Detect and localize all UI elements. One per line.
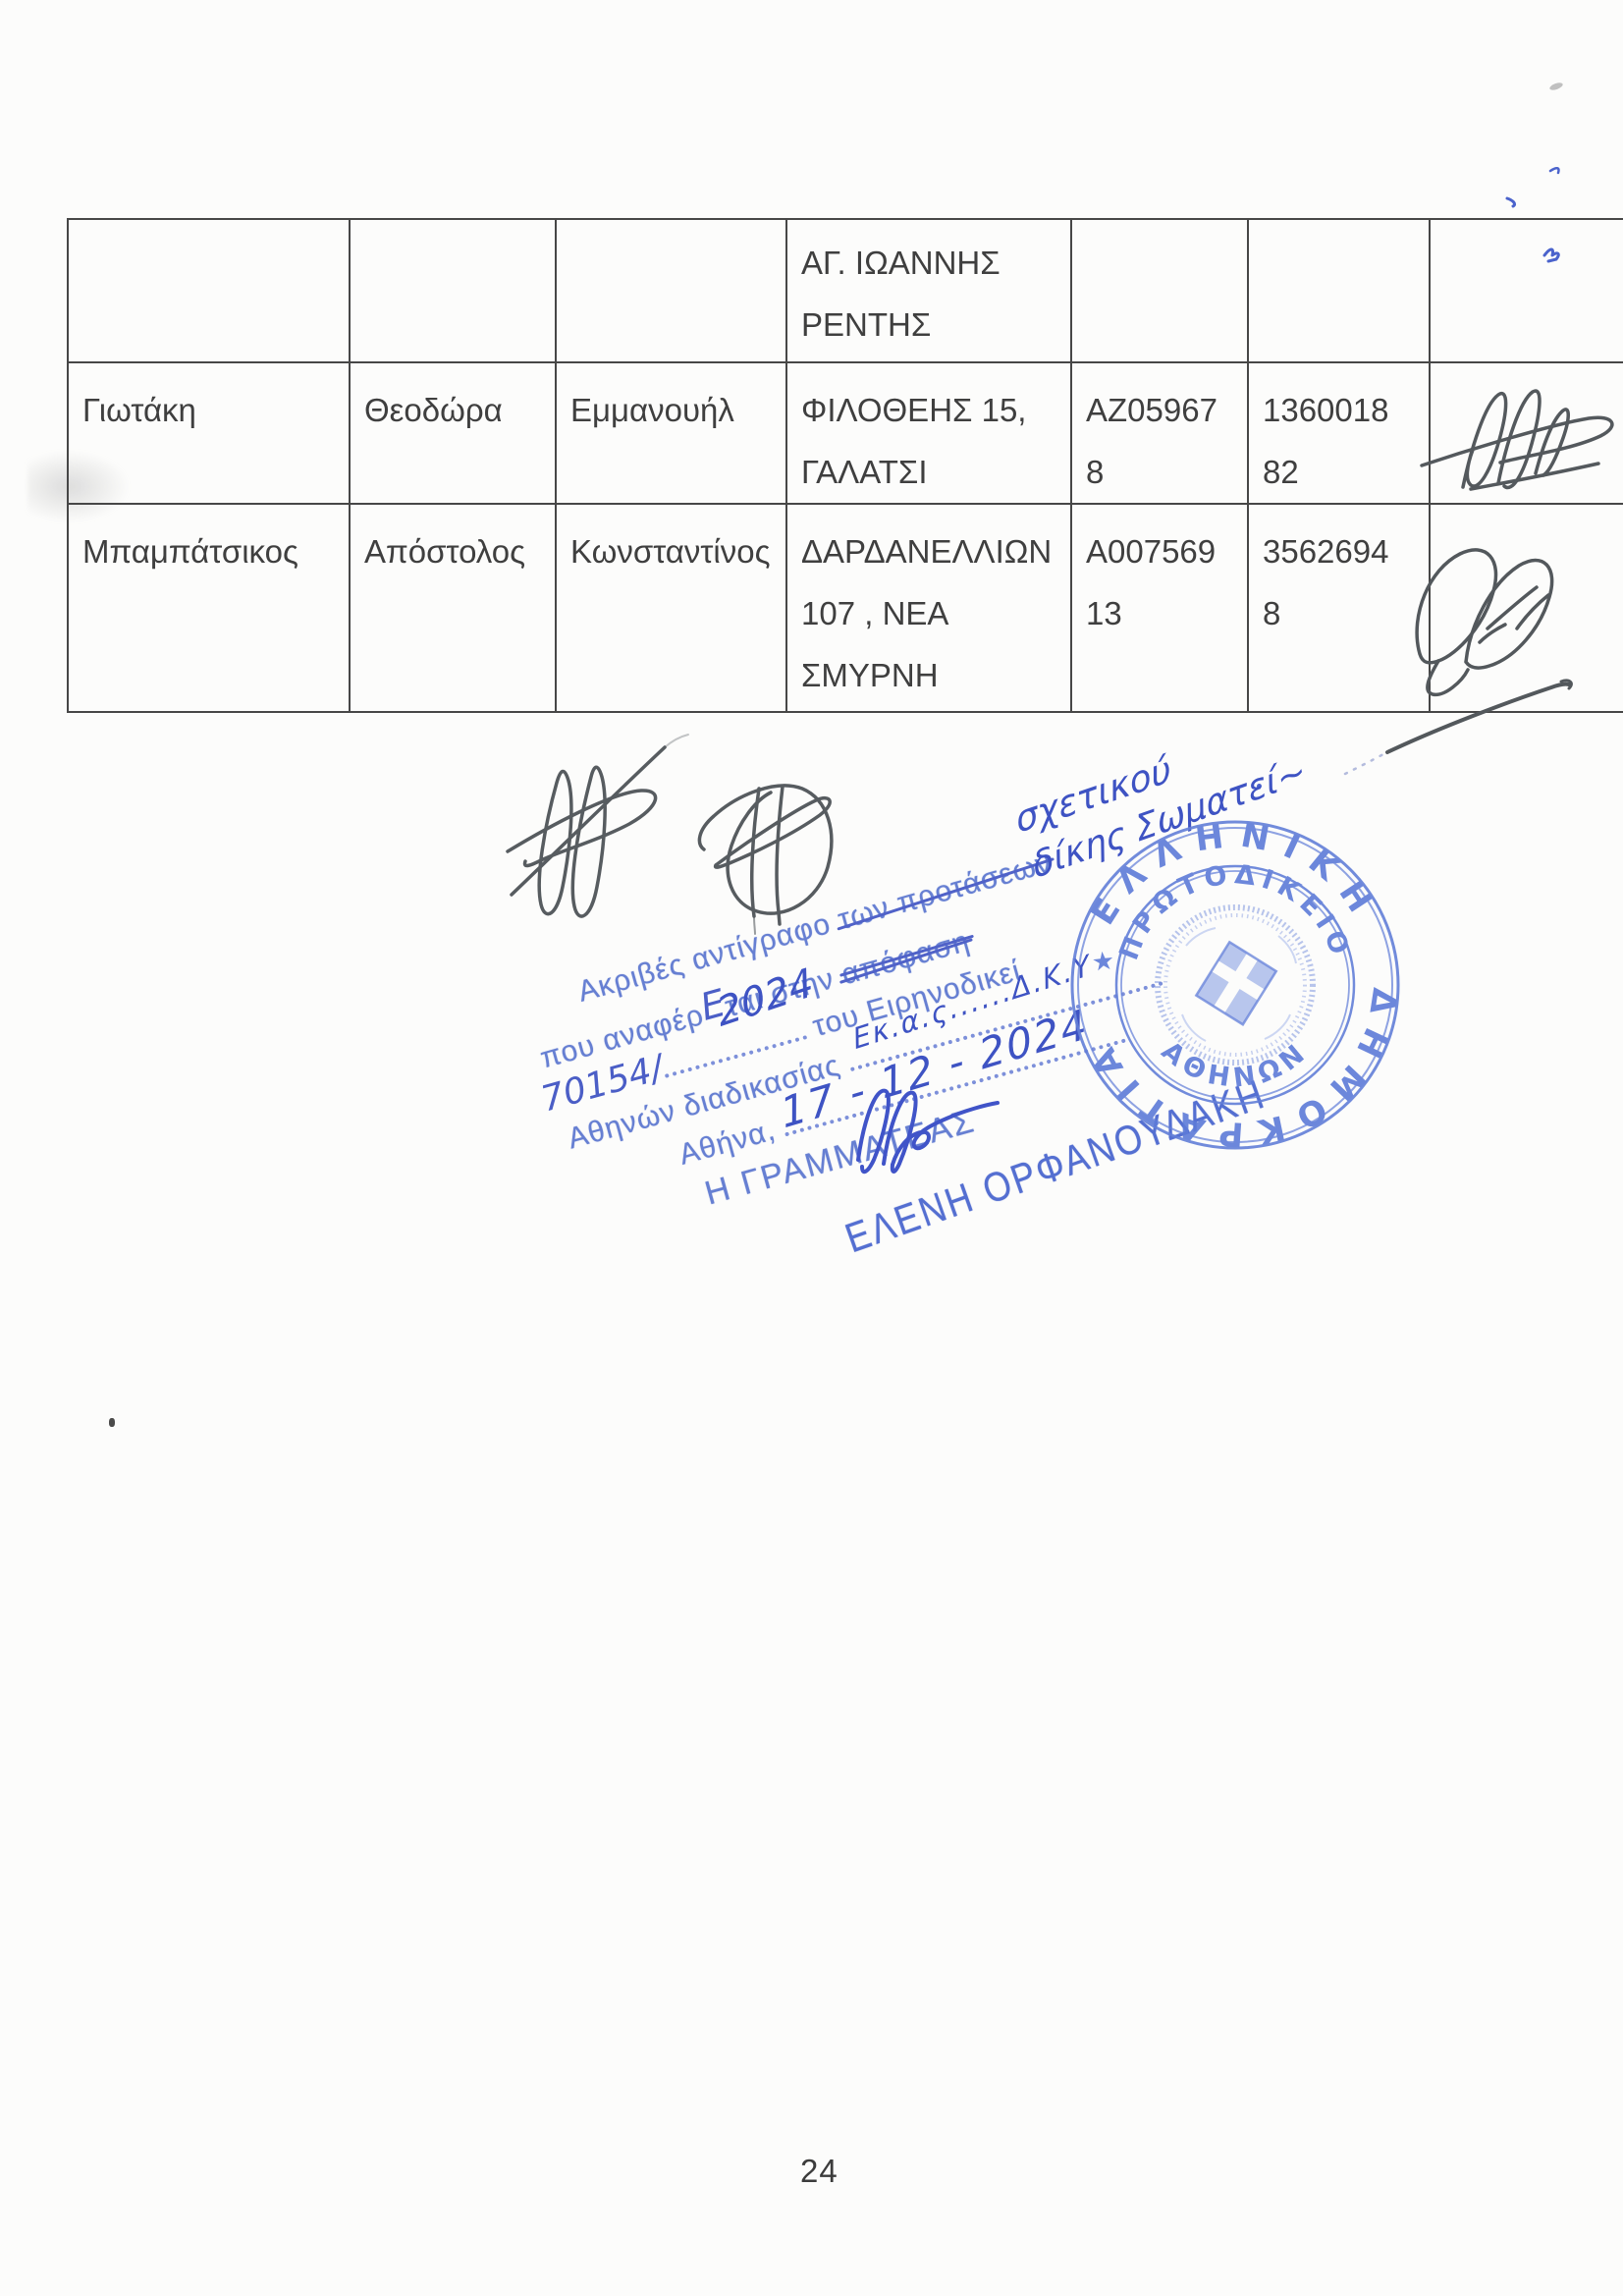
table-cell-fathername: Εμμανουήλ — [557, 363, 787, 505]
table-cell-firstname: Θεοδώρα — [351, 363, 557, 505]
table-cell-signature — [1431, 220, 1623, 363]
table-cell-surname: Μπαμπάτσικος — [69, 505, 351, 711]
cell-text: ΦΙΛΟΘΕΗΣ 15, — [801, 379, 1062, 441]
table-cell — [557, 220, 787, 363]
table-cell — [1072, 220, 1249, 363]
cell-text: 8 — [1263, 582, 1421, 644]
pen-mark-blue — [1499, 161, 1578, 289]
table-cell — [1249, 220, 1431, 363]
table-cell-address: ΑΓ. ΙΩΑΝΝΗΣ ΡΕΝΤΗΣ — [787, 220, 1072, 363]
table-cell — [69, 220, 351, 363]
cell-text: Θεοδώρα — [364, 379, 547, 441]
table-cell-tax-number: 1360018 82 — [1249, 363, 1431, 505]
table-cell-signature — [1431, 505, 1623, 711]
signature-left-diagonal — [512, 747, 665, 895]
table-cell-address: ΔΑΡΔΑΝΕΛΛΙΩΝ 107 , ΝΕΑ ΣΜΥΡΝΗ — [787, 505, 1072, 711]
cell-text: Γιωτάκη — [82, 379, 341, 441]
signature-row2 — [1416, 371, 1623, 509]
table-cell — [351, 220, 557, 363]
cell-text: Εμμανουήλ — [570, 379, 778, 441]
table-cell-address: ΦΙΛΟΘΕΗΣ 15, ΓΑΛΑΤΣΙ — [787, 363, 1072, 505]
cell-text: 8 — [1086, 441, 1239, 503]
table-cell-signature — [1431, 363, 1623, 505]
page-number: 24 — [800, 2153, 839, 2190]
scan-speck — [1548, 82, 1563, 91]
cell-text: 1360018 — [1263, 379, 1421, 441]
cell-text: ΓΑΛΑΤΣΙ — [801, 441, 1062, 503]
cell-text: Απόστολος — [364, 520, 547, 582]
signature-right-oval — [699, 786, 831, 913]
cell-text: ΣΜΥΡΝΗ — [801, 644, 1062, 706]
table-cell-firstname: Απόστολος — [351, 505, 557, 711]
cell-text: ΔΑΡΔΑΝΕΛΛΙΩΝ — [801, 520, 1062, 582]
table-cell-fathername: Κωνσταντίνος — [557, 505, 787, 711]
table-cell-surname: Γιωτάκη — [69, 363, 351, 505]
table-cell-tax-number: 3562694 8 — [1249, 505, 1431, 711]
cell-text: 3562694 — [1263, 520, 1421, 582]
cell-text: ΡΕΝΤΗΣ — [801, 294, 1062, 355]
cell-text: Α007569 — [1086, 520, 1239, 582]
scanned-document-page: ΑΓ. ΙΩΑΝΝΗΣ ΡΕΝΤΗΣ Γιωτάκη Θεοδώρα Εμμαν… — [0, 0, 1623, 2296]
cell-text: 82 — [1263, 441, 1421, 503]
court-seal: ΕΛΛΗΝΙΚΗ ΔΗΜΟΚΡΑΤΙΑ ΠΡΩΤΟΔΙΚΕΙΟ ΑΘΗΝΩΝ ★ — [1068, 818, 1402, 1152]
cell-text: Μπαμπάτσικος — [82, 520, 341, 582]
ink-speck — [109, 1418, 115, 1427]
parties-table: ΑΓ. ΙΩΑΝΝΗΣ ΡΕΝΤΗΣ Γιωτάκη Θεοδώρα Εμμαν… — [67, 218, 1623, 713]
cell-text: ΑΖ05967 — [1086, 379, 1239, 441]
seal-coat-of-arms — [1191, 937, 1281, 1030]
table-cell-id-number: ΑΖ05967 8 — [1072, 363, 1249, 505]
cell-text: Κωνσταντίνος — [570, 520, 778, 582]
cell-text: 13 — [1086, 582, 1239, 644]
cell-text: 107 , ΝΕΑ — [801, 582, 1062, 644]
table-cell-id-number: Α007569 13 — [1072, 505, 1249, 711]
cell-text: ΑΓ. ΙΩΑΝΝΗΣ — [801, 232, 1062, 294]
